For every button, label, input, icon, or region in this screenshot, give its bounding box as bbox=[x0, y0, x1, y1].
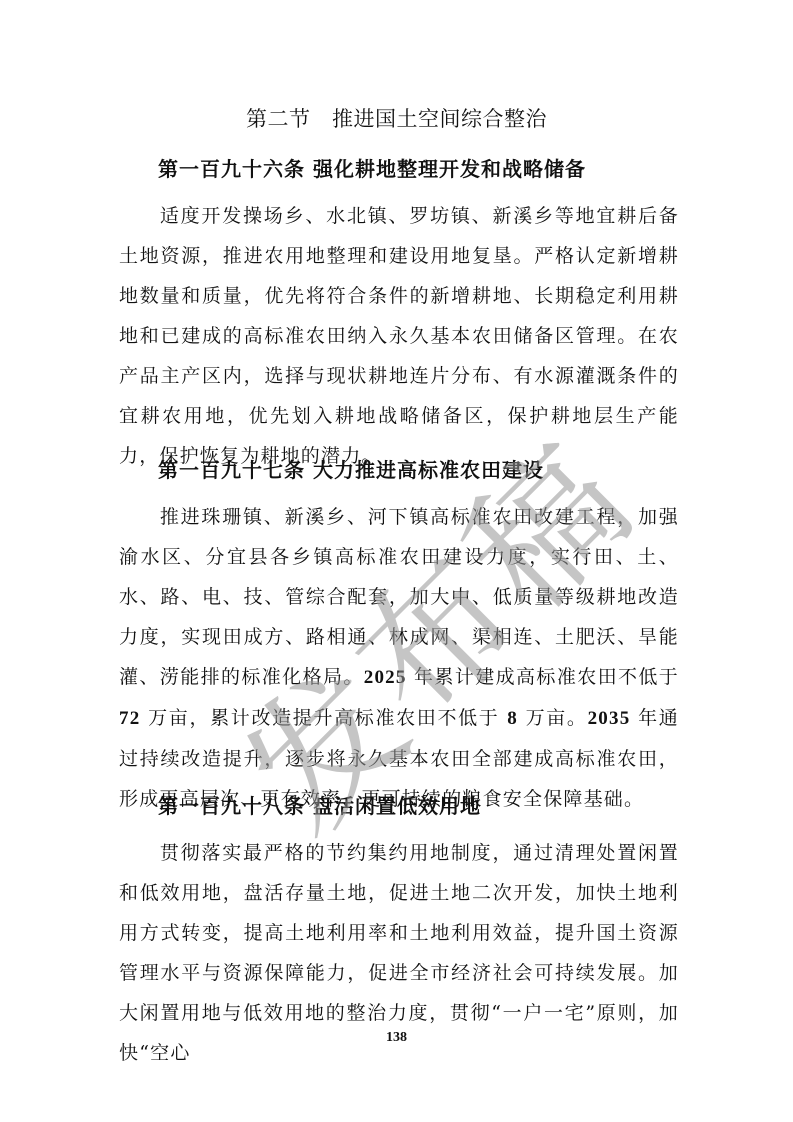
value-72: 72 bbox=[119, 708, 140, 729]
article-paragraph-197: 推进珠珊镇、新溪乡、河下镇高标准农田改建工程，加强渝水区、分宜县各乡镇高标准农田… bbox=[119, 497, 679, 819]
article-paragraph-196: 适度开发操场乡、水北镇、罗坊镇、新溪乡等地宜耕后备土地资源，推进农用地整理和建设… bbox=[119, 196, 679, 476]
document-page: 第二节 推进国土空间综合整治 第一百九十六条 强化耕地整理开发和战略储备 适度开… bbox=[0, 0, 793, 1122]
year-2025: 2025 bbox=[364, 667, 407, 688]
year-2035: 2035 bbox=[588, 708, 631, 729]
article-heading-196: 第一百九十六条 强化耕地整理开发和战略储备 bbox=[158, 153, 586, 182]
paragraph-text: 万亩，累计改造提升高标准农田不低于 bbox=[140, 707, 507, 729]
value-8: 8 bbox=[507, 708, 518, 729]
article-heading-197: 第一百九十七条 大力推进高标准农田建设 bbox=[158, 454, 544, 483]
paragraph-text: 年累计建成高标准农田不低于 bbox=[407, 666, 679, 688]
page-number: 138 bbox=[0, 1030, 793, 1046]
section-title: 第二节 推进国土空间综合整治 bbox=[0, 103, 793, 133]
article-heading-198: 第一百九十八条 盘活闲置低效用地 bbox=[158, 790, 481, 819]
paragraph-text: 推进珠珊镇、新溪乡、河下镇高标准农田改建工程，加强渝水区、分宜县各乡镇高标准农田… bbox=[119, 506, 679, 688]
paragraph-text: 万亩。 bbox=[518, 707, 588, 729]
